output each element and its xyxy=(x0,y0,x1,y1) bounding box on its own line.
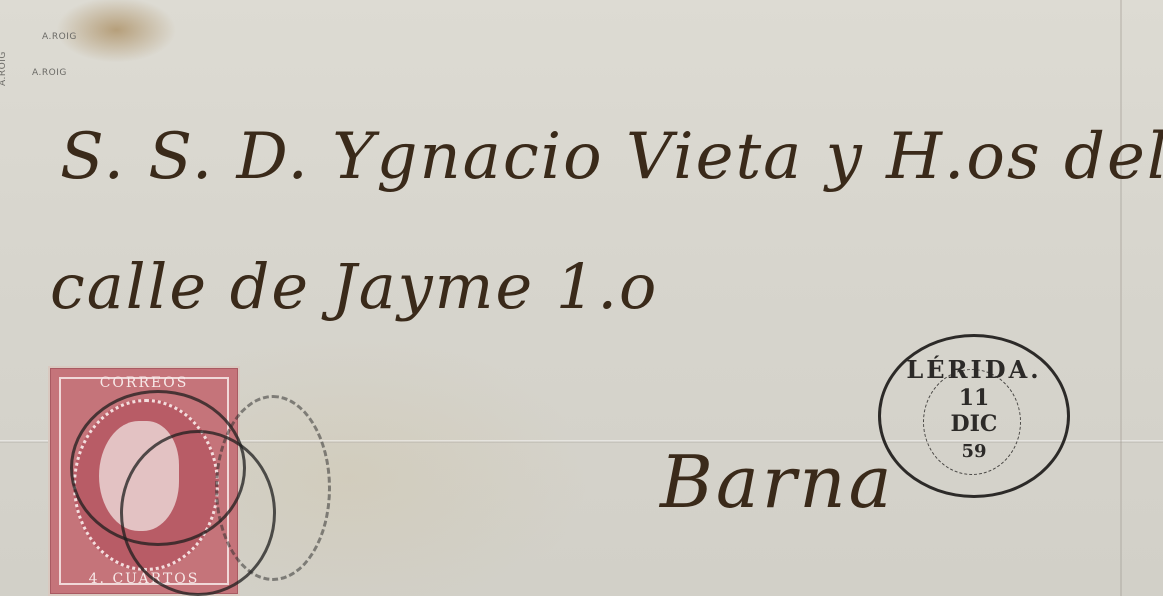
printer-mark: A.ROIG A.ROIG A.ROIG xyxy=(6,30,96,120)
postmark-day: 11 xyxy=(881,385,1067,411)
stamp-top-text: CORREOS xyxy=(51,375,237,391)
letter-cover: A.ROIG A.ROIG A.ROIG S. S. D. Ygnacio Vi… xyxy=(0,0,1163,596)
postmark-month: DIC xyxy=(881,411,1067,437)
postmark: LÉRIDA. 11 DIC 59 xyxy=(878,334,1070,498)
printer-mark-text: A.ROIG xyxy=(42,32,77,42)
paper-fold xyxy=(1120,0,1122,596)
address-line-1: S. S. D. Ygnacio Vieta y H.os del Sgio xyxy=(60,120,1163,194)
printer-mark-text: A.ROIG xyxy=(0,51,8,86)
address-line-2: calle de Jayme 1.o xyxy=(50,250,658,323)
cancellation-mark xyxy=(215,395,331,581)
address-line-3: Barna xyxy=(660,440,895,524)
postmark-year: 59 xyxy=(881,441,1067,462)
postmark-town: LÉRIDA. xyxy=(881,355,1067,384)
printer-mark-text: A.ROIG xyxy=(32,68,67,78)
